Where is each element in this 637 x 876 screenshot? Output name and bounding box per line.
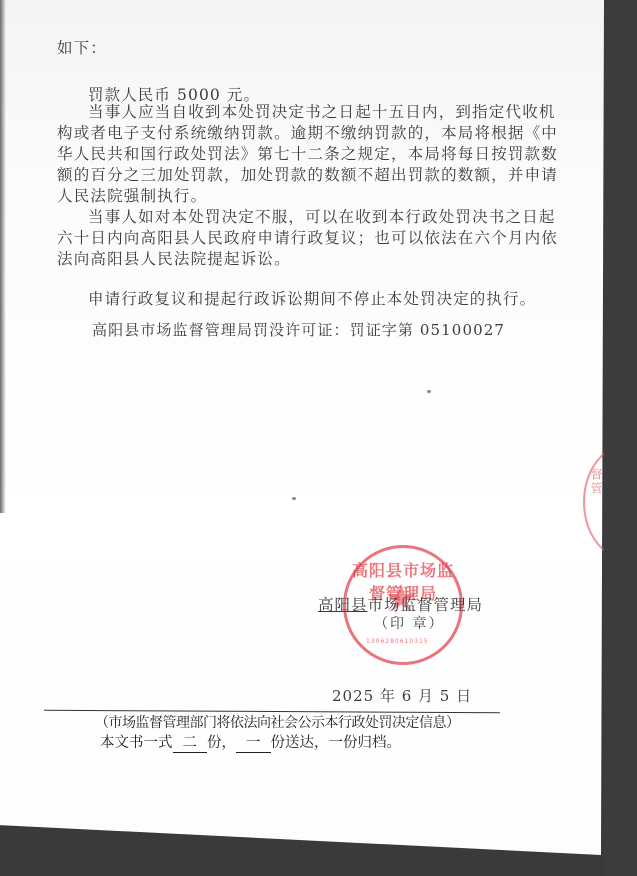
copies-suffix: 份送达，一份归档。 (271, 735, 402, 751)
no-suspension-text: 申请行政复议和提起行政诉讼期间不停止本处罚决定的执行。 (88, 287, 536, 309)
copies-prefix: 本文书一式 (100, 735, 173, 751)
public-notice: （市场监督管理部门将依法向社会公示本行政处罚决定信息） (95, 712, 460, 732)
scanner-edge (604, 0, 637, 876)
appeal-line: 法向高阳县人民法院提起诉讼。 (57, 249, 577, 270)
org-bureau: 市场监督管理局 (368, 596, 484, 614)
copies-total: 二 (173, 731, 208, 753)
copies-unit: 份， (207, 735, 236, 751)
signing-date: 2025 年 6 月 5 日 (332, 685, 472, 706)
permit-text: 高阳县市场监督管理局罚没许可证：罚证字第 05100027 (92, 319, 505, 340)
appeal-line: 当事人如对本处罚决定不服，可以在收到本行政处罚决书之日起 (57, 207, 577, 228)
scan-speck (292, 497, 296, 500)
intro-text: 如下： (57, 36, 107, 58)
document-page: 如下： 罚款人民币 5000 元。 当事人应当自收到本处罚决定书之日起十五日内，… (0, 0, 604, 855)
payment-line: 华人民共和国行政处罚法》第七十二条之规定，本局将每日按罚款数 (57, 144, 577, 165)
partial-seal-text: 督管 (588, 468, 605, 496)
payment-line: 当事人应当自收到本处罚决定书之日起十五日内，到指定代收机 (57, 102, 577, 123)
seal-code: 1306280610315 (366, 638, 429, 645)
payment-paragraph: 当事人应当自收到本处罚决定书之日起十五日内，到指定代收机 构或者电子支付系统缴纳… (57, 102, 577, 207)
appeal-line: 六十日内向高阳县人民政府申请行政复议；也可以依法在六个月内依 (57, 228, 577, 249)
appeal-paragraph: 当事人如对本处罚决定不服，可以在收到本行政处罚决书之日起 六十日内向高阳县人民政… (57, 207, 577, 270)
signing-organization: 高阳县市场监督管理局 (318, 593, 483, 615)
payment-line: 人民法院强制执行。 (57, 186, 577, 207)
scan-speck (427, 390, 431, 393)
org-county: 高阳县 (318, 596, 368, 614)
payment-line: 额的百分之三加处罚款，加处罚款的数额不超出罚款的数额，并申请 (57, 165, 577, 186)
payment-line: 构或者电子支付系统缴纳罚款。逾期不缴纳罚款的，本局将根据《中 (57, 123, 577, 144)
seal-label: （印 章） (374, 613, 444, 633)
copies-statement: 本文书一式二份，一份送达，一份归档。 (100, 731, 401, 753)
copies-served: 一 (236, 731, 271, 753)
